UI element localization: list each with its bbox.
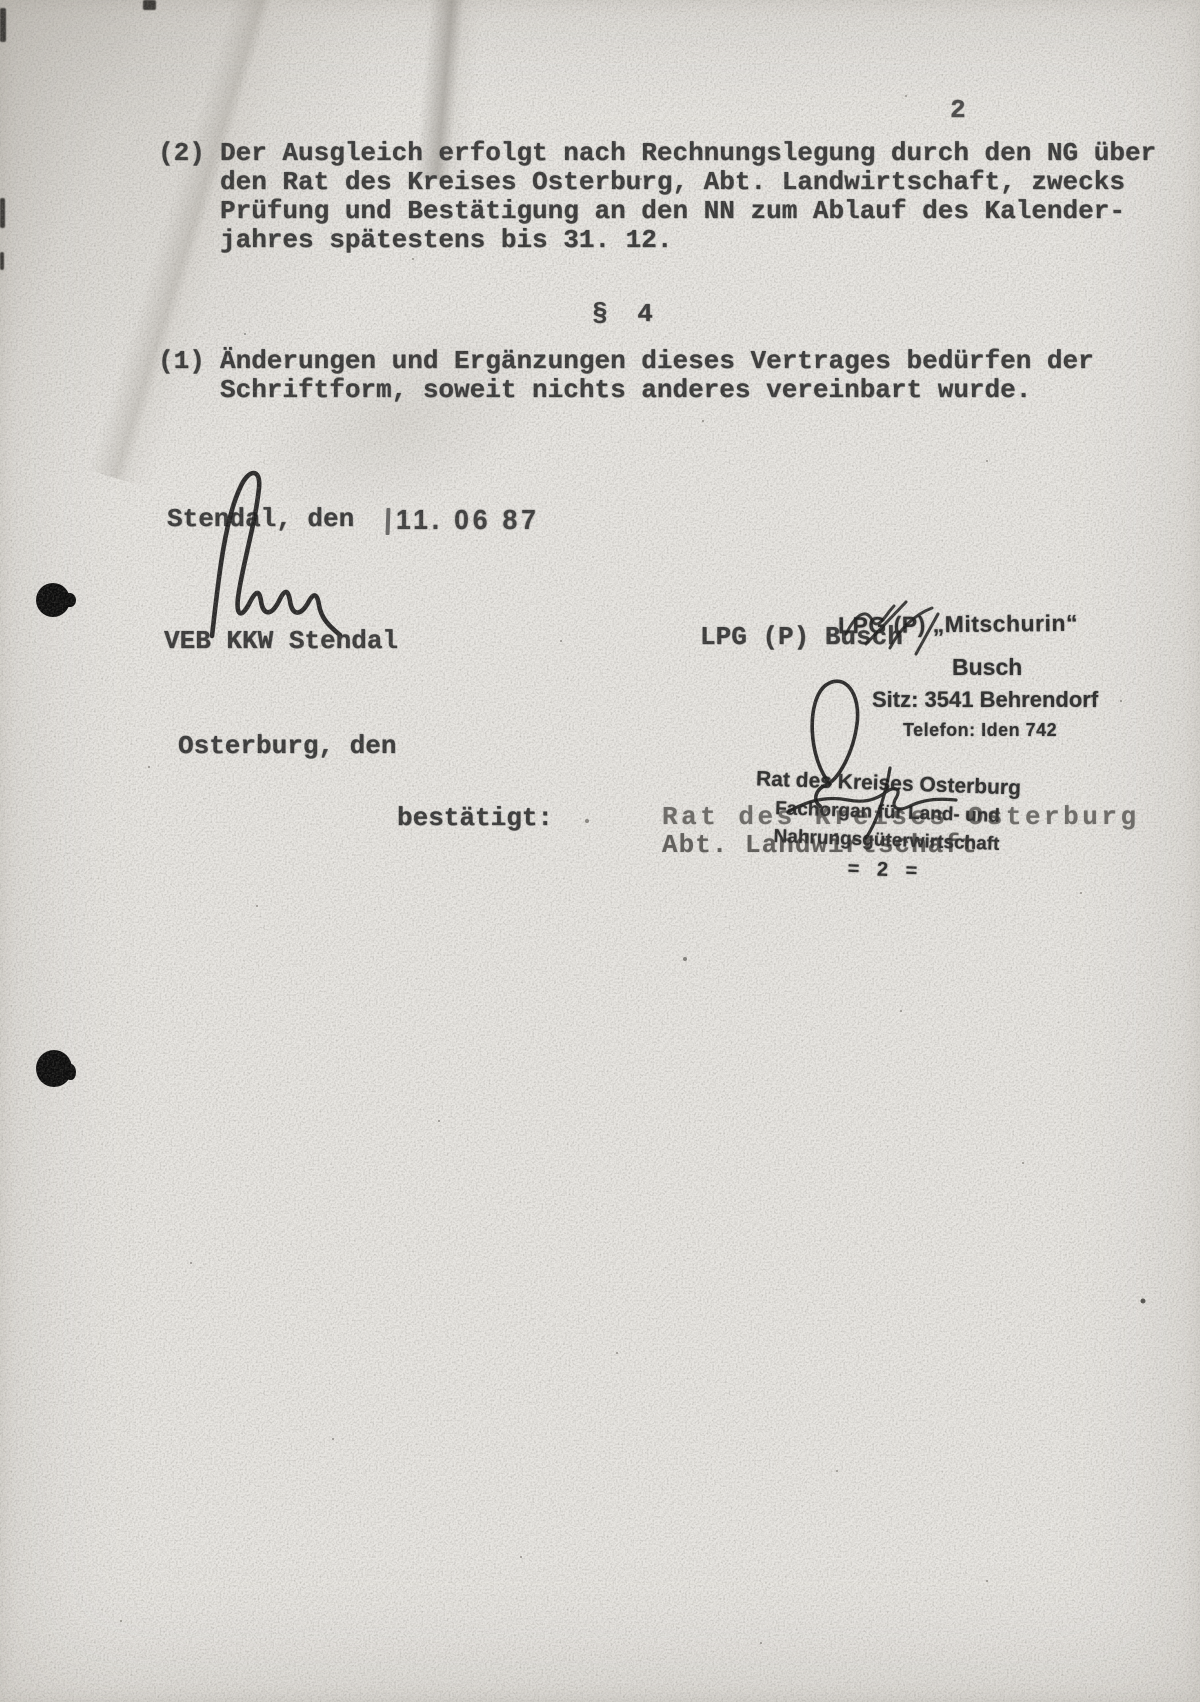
paragraph-2-marker: (2) [158,139,220,255]
paragraph-1-line: Schriftform, soweit nichts anderes verei… [220,376,1094,405]
party-left-name: VEB KKW Stendal [164,627,398,656]
date-stamp: 11. 06 87 [396,504,540,536]
paper-edge-tear [0,198,5,228]
place-line-stendal: Stendal, den [167,505,354,534]
confirm-label: bestätigt: [397,804,553,833]
paragraph-2-line: Prüfung und Bestätigung an den NN zum Ab… [220,197,1156,226]
punch-hole-top [36,583,70,617]
lpg-stamp-seat: Sitz: 3541 Behrendorf [872,687,1098,713]
punch-hole-bottom [36,1050,72,1087]
paper-specks [0,0,2,2]
paper-edge-tear [143,0,156,10]
lpg-stamp-name: LPG (P) „Mitschurin“ [838,610,1078,640]
place-line-osterburg: Osterburg, den [178,732,396,761]
lpg-stamp-phone: Telefon: Iden 742 [903,720,1057,741]
scanned-document-page: 2 (2) Der Ausgleich erfolgt nach Rechnun… [0,0,1200,1702]
paper-crease-shadow [0,0,436,572]
paragraph-1: (1) Änderungen und Ergänzungen dieses Ve… [158,347,1094,405]
lpg-stamp-place: Busch [952,654,1022,681]
date-stamp-artifact [386,508,391,535]
paragraph-2: (2) Der Ausgleich erfolgt nach Rechnungs… [158,139,1156,255]
section-heading: § 4 [592,300,660,329]
page-number: 2 [950,96,966,125]
paragraph-2-line: den Rat des Kreises Osterburg, Abt. Land… [220,168,1156,197]
paper-edge-tear [0,252,4,270]
paragraph-1-line: Änderungen und Ergänzungen dieses Vertra… [220,347,1094,376]
rat-stamp: Rat des Kreises Osterburg Fachorgan für … [735,765,1039,889]
paper-edge-tear [0,8,6,42]
signature-veb [190,466,345,648]
paragraph-2-line: jahres spätestens bis 31. 12. [220,226,1156,255]
paragraph-2-line: Der Ausgleich erfolgt nach Rechnungslegu… [220,139,1156,168]
paragraph-1-marker: (1) [158,347,220,405]
